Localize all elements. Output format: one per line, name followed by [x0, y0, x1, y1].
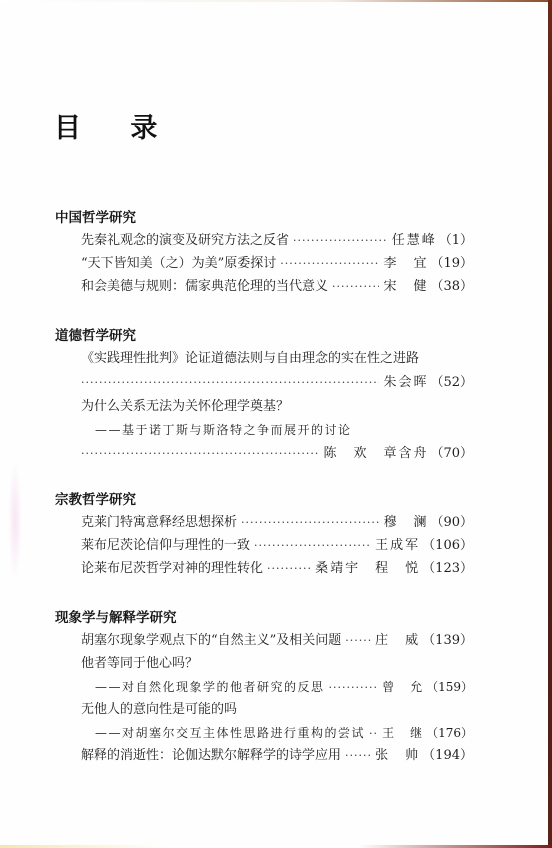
entry-page: （52）: [430, 374, 473, 392]
entry-page: （123）: [422, 560, 473, 578]
toc-entry[interactable]: 先秦礼观念的演变及研究方法之反省 任慧峰 （1）: [81, 232, 473, 250]
entry-author: 桑靖宇 程 悦: [315, 560, 420, 578]
entry-title: 莱布尼茨论信仰与理性的一致: [81, 537, 250, 555]
leader-dots: [81, 445, 319, 463]
section-title-chinese-philosophy: 中国哲学研究: [55, 206, 136, 226]
section-title-phenomenology-hermeneutics: 现象学与解释学研究: [55, 606, 177, 626]
entry-page: （176）: [426, 724, 473, 742]
entry-author: 王成军: [375, 537, 420, 555]
entry-title: 解释的消逝性：论伽达默尔解释学的诗学应用: [81, 747, 341, 765]
leader-dots: [267, 560, 311, 578]
entry-title: “天下皆知美（之）为美”原委探讨: [81, 255, 276, 273]
toc-entry-continuation[interactable]: 朱会晖 （52）: [81, 374, 473, 392]
entry-page: （19）: [430, 255, 473, 273]
entry-title: 论莱布尼茨哲学对神的理性转化: [81, 560, 263, 578]
toc-entry[interactable]: 莱布尼茨论信仰与理性的一致 王成军 （106）: [81, 537, 473, 555]
leader-dots: [345, 747, 371, 765]
entry-author: 穆 澜: [383, 514, 428, 532]
entry-author: 朱会晖: [383, 374, 428, 392]
entry-author: 任慧峰: [392, 232, 437, 250]
toc-entry-continuation[interactable]: 陈 欢 章含舟 （70）: [81, 445, 473, 463]
entry-title[interactable]: 无他人的意向性是可能的吗: [81, 701, 237, 719]
entry-author: 庄 威: [375, 632, 420, 650]
entry-page: （70）: [430, 445, 473, 463]
section-title-religious-philosophy: 宗教哲学研究: [55, 488, 136, 508]
entry-subtitle: ——基于诺丁斯与斯洛特之争而展开的讨论: [95, 421, 352, 439]
entry-page: （90）: [430, 514, 473, 532]
entry-author: 陈 欢 章含舟: [323, 445, 428, 463]
leader-dots: [345, 632, 371, 650]
toc-entry[interactable]: 胡塞尔现象学观点下的“自然主义”及相关问题 庄 威 （139）: [81, 632, 473, 650]
leader-dots: [241, 514, 379, 532]
toc-entry[interactable]: 克莱门特寓意释经思想探析 穆 澜 （90）: [81, 514, 473, 532]
leader-dots: [332, 278, 379, 296]
entry-page: （194）: [422, 747, 473, 765]
page-stain: [8, 460, 22, 580]
leader-dots: [81, 374, 379, 392]
entry-page: （38）: [430, 278, 473, 296]
toc-entry-subtitle[interactable]: ——对胡塞尔交互主体性思路进行重构的尝试 王 继 （176）: [95, 724, 473, 743]
entry-title[interactable]: 《实践理性批判》论证道德法则与自由理念的实在性之进路: [81, 350, 419, 368]
entry-page: （106）: [422, 537, 473, 555]
entry-author: 宋 健: [383, 278, 428, 296]
entry-subtitle: ——对胡塞尔交互主体性思路进行重构的尝试: [95, 724, 365, 742]
entry-title: 胡塞尔现象学观点下的“自然主义”及相关问题: [81, 632, 341, 650]
book-spine-edge: [548, 0, 552, 848]
entry-title[interactable]: 为什么关系无法为关怀伦理学奠基？: [81, 398, 289, 416]
entry-page: （1）: [439, 232, 473, 250]
toc-entry[interactable]: 和会美德与规则：儒家典范伦理的当代意义 宋 健 （38）: [81, 278, 473, 296]
entry-page: （159）: [426, 678, 473, 696]
toc-entry[interactable]: 解释的消逝性：论伽达默尔解释学的诗学应用 张 帅 （194）: [81, 747, 473, 765]
entry-title: 克莱门特寓意释经思想探析: [81, 514, 237, 532]
entry-page: （139）: [422, 632, 473, 650]
leader-dots: [280, 255, 379, 273]
page-edge-top: [0, 0, 552, 2]
section-title-moral-philosophy: 道德哲学研究: [55, 324, 136, 344]
leader-dots: [293, 232, 388, 250]
entry-author: 王 继: [382, 724, 424, 742]
entry-title[interactable]: 他者等同于他心吗？: [81, 655, 198, 673]
entry-subtitle: ——对自然化现象学的他者研究的反思: [95, 678, 325, 696]
entry-author: 曾 允: [382, 678, 424, 696]
toc-entry[interactable]: 论莱布尼茨哲学对神的理性转化 桑靖宇 程 悦 （123）: [81, 560, 473, 578]
leader-dots: [254, 537, 371, 555]
toc-entry[interactable]: “天下皆知美（之）为美”原委探讨 李 宜 （19）: [81, 255, 473, 273]
entry-title: 和会美德与规则：儒家典范伦理的当代意义: [81, 278, 328, 296]
toc-entry-subtitle[interactable]: ——对自然化现象学的他者研究的反思 曾 允 （159）: [95, 678, 473, 697]
page-title: 目 录: [54, 106, 177, 145]
entry-author: 李 宜: [383, 255, 428, 273]
leader-dots: [369, 725, 378, 743]
book-page: 目 录 中国哲学研究 先秦礼观念的演变及研究方法之反省 任慧峰 （1） “天下皆…: [0, 0, 548, 844]
leader-dots: [329, 679, 379, 697]
entry-title: 先秦礼观念的演变及研究方法之反省: [81, 232, 289, 250]
entry-author: 张 帅: [375, 747, 420, 765]
